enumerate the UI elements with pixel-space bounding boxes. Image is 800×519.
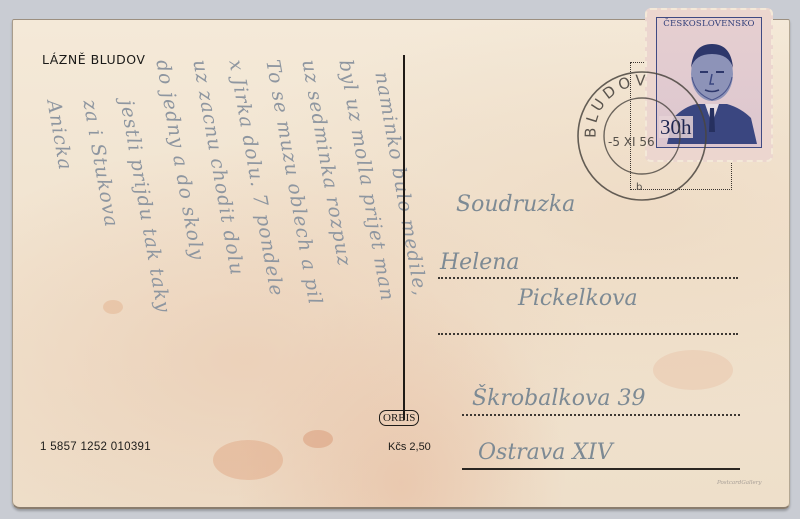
address-solid-line — [462, 468, 740, 470]
address-line-2: Helena — [440, 250, 520, 275]
publisher-logo: ORBIS — [379, 410, 419, 426]
address-line-5: Ostrava XIV — [478, 440, 613, 465]
address-line-1: Soudruzka — [456, 192, 575, 217]
price-label: Kčs 2,50 — [388, 441, 431, 453]
stamp-country: ČESKOSLOVENSKO — [657, 19, 761, 29]
center-divider — [403, 55, 405, 420]
address-dotted-line — [438, 277, 738, 279]
watermark: PostcardGallery — [717, 480, 762, 486]
address-line-3: Pickelkova — [518, 286, 638, 311]
address-dotted-line — [438, 333, 738, 335]
svg-text:-5 XI 56: -5 XI 56 — [608, 135, 655, 149]
address-dotted-line — [462, 414, 740, 416]
stain — [213, 440, 283, 480]
stain — [103, 300, 123, 314]
postmark-icon: BLUDOV -5 XI 56 b — [566, 58, 716, 208]
svg-text:b: b — [636, 182, 642, 193]
stain — [653, 350, 733, 390]
stain — [303, 430, 333, 448]
serial-number: 1 5857 1252 010391 — [40, 441, 151, 453]
svg-text:BLUDOV: BLUDOV — [581, 72, 649, 139]
place-title: LÁZNĚ BLUDOV — [42, 52, 145, 67]
address-line-4: Škrobalkova 39 — [472, 386, 646, 411]
